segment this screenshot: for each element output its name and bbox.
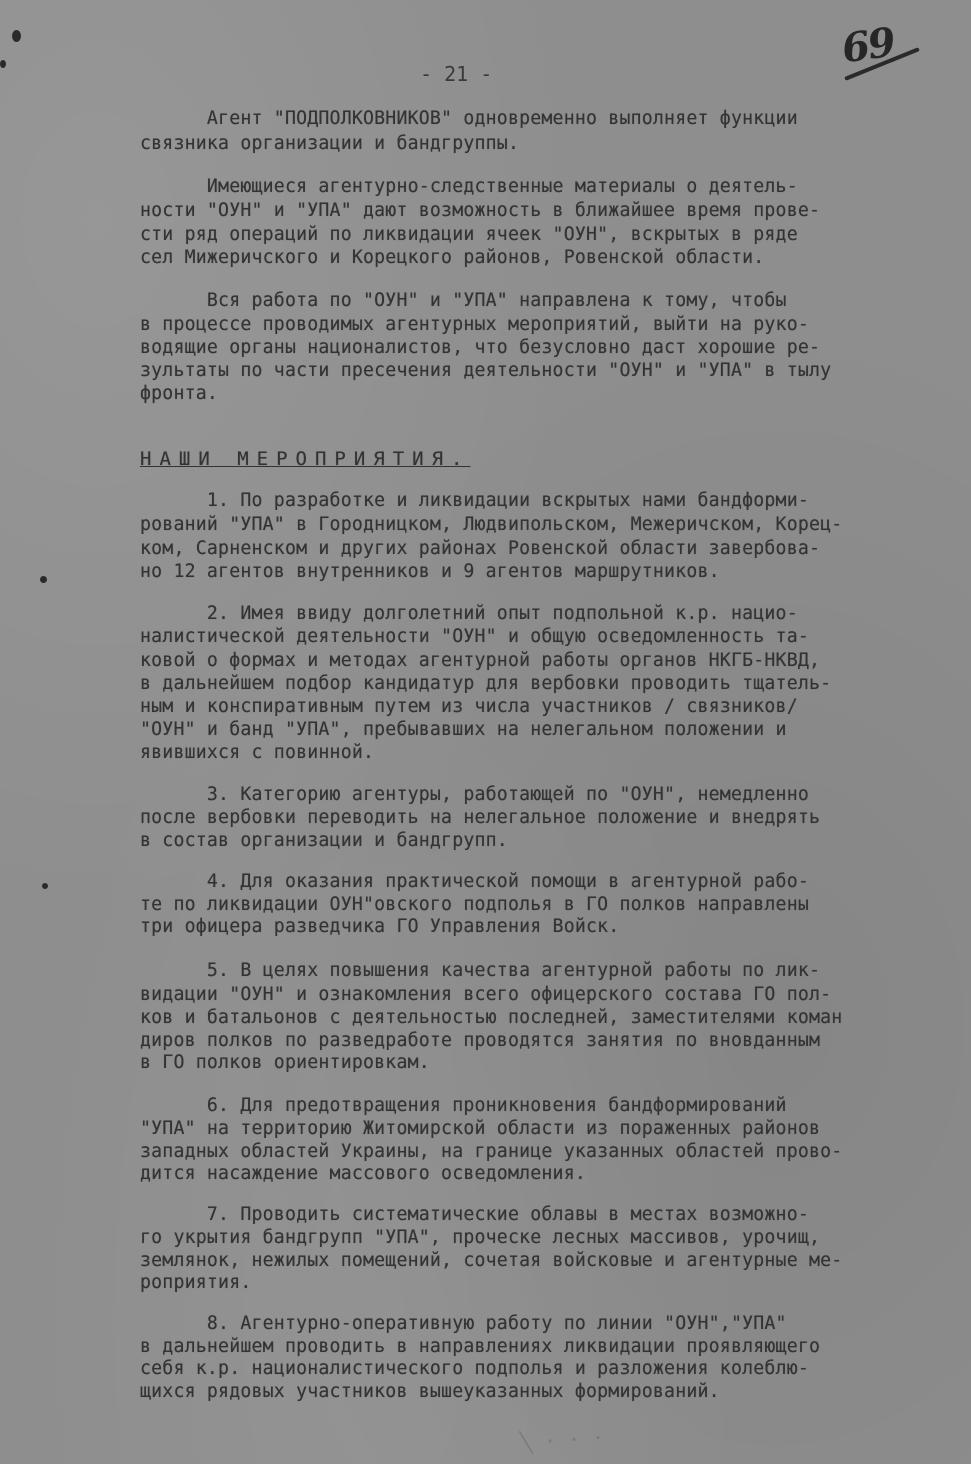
list-item-line: в ГО полков ориентировкам. [140, 1052, 940, 1074]
list-item-line: "УПА" на территорию Житомирской области … [140, 1118, 940, 1140]
list-item-line: 4. Для оказания практической помощи в аг… [140, 871, 940, 893]
punch-hole-mark [12, 30, 21, 42]
list-item-line: рований "УПА" в Городницком, Людвипольск… [140, 514, 940, 536]
list-item-line: ным и конспиративным путем из числа учас… [140, 696, 940, 718]
list-item-line: 7. Проводить систематические облавы в ме… [140, 1204, 940, 1226]
list-item-line: видации "ОУН" и ознакомления всего офице… [140, 984, 940, 1006]
page-number: - 21 - [420, 62, 492, 86]
list-item-line: 8. Агентурно-оперативную работу по линии… [140, 1313, 940, 1335]
text-line: ности "ОУН" и "УПА" дают возможность в б… [140, 200, 940, 222]
list-item-line: в дальнейшем подбор кандидатур для вербо… [140, 673, 940, 695]
list-item-line: явившихся с повинной. [140, 742, 940, 764]
text-line: Вся работа по "ОУН" и "УПА" направлена к… [140, 290, 940, 312]
text-line: Имеющиеся агентурно-следственные материа… [140, 176, 940, 198]
text-line: зультаты по части пресечения деятельност… [140, 360, 940, 382]
list-item-line: те по ликвидации ОУН"овского подполья в … [140, 894, 940, 916]
list-item-line: 6. Для предотвращения проникновения банд… [140, 1095, 940, 1117]
list-item-line: в состав организации и бандгрупп. [140, 830, 940, 852]
list-item-line: ков и батальонов с деятельностью последн… [140, 1007, 940, 1029]
list-item-line: щихся рядовых участников вышеуказанных ф… [140, 1381, 940, 1403]
document-page: 69 - 21 - Агент "ПОДПОЛКОВНИКОВ" одновре… [0, 0, 971, 1464]
list-item-line: 5. В целях повышения качества агентурной… [140, 960, 940, 982]
list-item-line: 1. По разработке и ликвидации вскрытых н… [140, 490, 940, 512]
text-line: в процессе проводимых агентурных меропри… [140, 314, 940, 336]
list-item-line: роприятия. [140, 1272, 940, 1294]
list-item-line: себя к.р. националистического подполья и… [140, 1358, 940, 1380]
punch-hole-mark [0, 60, 6, 68]
list-item-line: в дальнейшем проводить в направлениях ли… [140, 1336, 940, 1358]
list-item-line: но 12 агентов внутренников и 9 агентов м… [140, 561, 940, 583]
text-line: фронта. [140, 383, 940, 405]
handwritten-folio-number: 69 [839, 19, 897, 73]
punch-hole-mark [42, 883, 48, 889]
text-line: Агент "ПОДПОЛКОВНИКОВ" одновременно выпо… [140, 108, 940, 130]
list-item-line: го укрытия бандгрупп "УПА", проческе лес… [140, 1227, 940, 1249]
text-line: водящие органы националистов, что безусл… [140, 337, 940, 359]
list-item-line: 3. Категорию агентуры, работающей по "ОУ… [140, 784, 940, 806]
section-heading: НАШИ МЕРОПРИЯТИЯ. [140, 448, 470, 470]
punch-hole-mark [40, 576, 47, 583]
list-item-line: ковой о формах и методах агентурной рабо… [140, 650, 940, 672]
list-item-line: ком, Сарненском и других районах Ровенск… [140, 538, 940, 560]
list-item-line: 2. Имея ввиду долголетний опыт подпольно… [140, 603, 940, 625]
list-item-line: налистической деятельности "ОУН" и общую… [140, 626, 940, 648]
list-item-line: три офицера разведчика ГО Управления Вой… [140, 916, 940, 938]
list-item-line: дится насаждение массового осведомления. [140, 1163, 940, 1185]
list-item-line: землянок, нежилых помещений, сочетая вой… [140, 1250, 940, 1272]
list-item-line: западных областей Украины, на границе ук… [140, 1141, 940, 1163]
list-item-line: "ОУН" и банд "УПА", пребывавших на нелег… [140, 719, 940, 741]
list-item-line: после вербовки переводить на нелегальное… [140, 807, 940, 829]
text-line: сти ряд операций по ликвидации ячеек "ОУ… [140, 224, 940, 246]
text-line: сел Мижеричского и Корецкого районов, Ро… [140, 247, 940, 269]
list-item-line: диров полков по разведработе проводятся … [140, 1030, 940, 1052]
faint-bleedthrough-marks: ╲ · · · [519, 1425, 605, 1455]
text-line: связника организации и бандгруппы. [140, 133, 940, 155]
